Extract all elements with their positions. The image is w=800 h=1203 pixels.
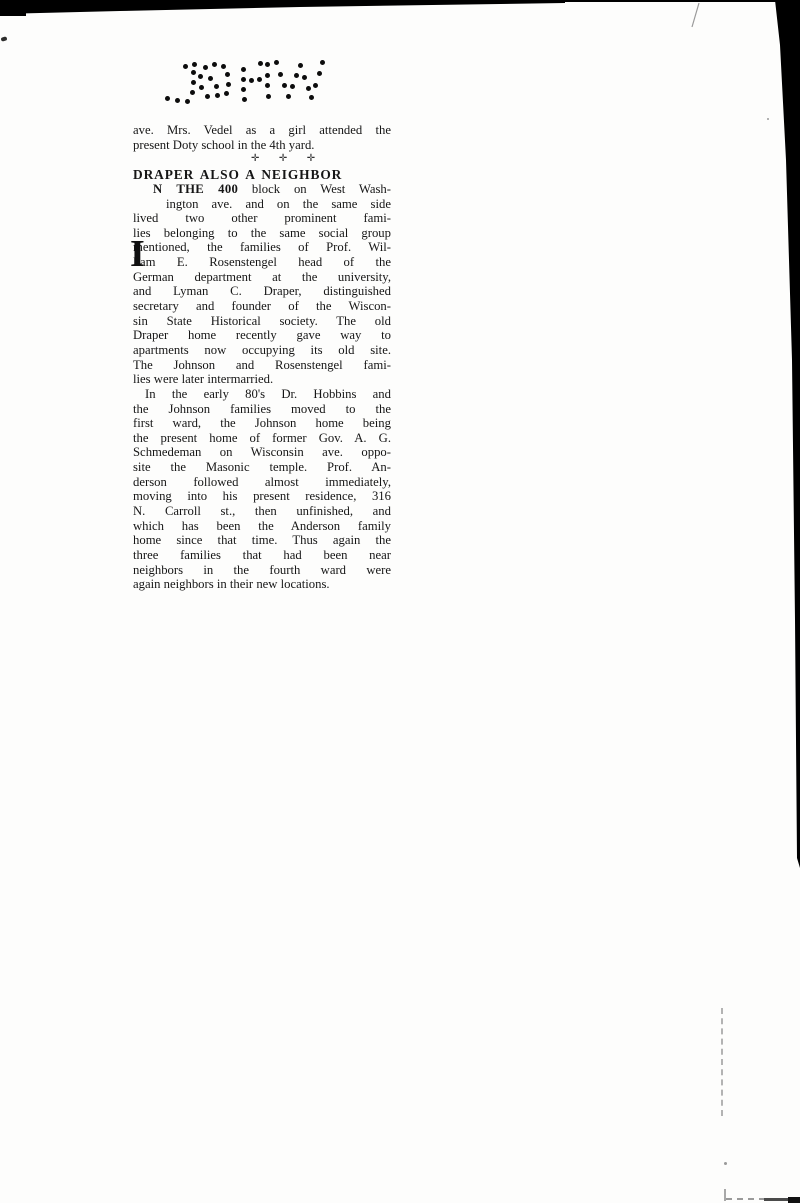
text-line: secretary and founder of the Wiscon- xyxy=(133,299,391,314)
lead-caps-text: N THE 400 xyxy=(153,182,238,196)
text-line-rest: block on West Wash- xyxy=(238,182,391,196)
stamp-dot xyxy=(242,97,247,102)
stamp-dot xyxy=(241,87,246,92)
text-line: German department at the university, xyxy=(133,270,391,285)
stamp-dot xyxy=(265,73,270,78)
stamp-dot xyxy=(241,67,246,72)
text-line: home since that time. Thus again the xyxy=(133,533,391,548)
section-separator-crosses: ✛ ✛ ✛ xyxy=(133,152,391,167)
faint-vertical-dash-line xyxy=(721,1008,723,1116)
scanned-page: { "colors": { "ink": "#161616", "paper":… xyxy=(0,0,800,1203)
stamp-dot xyxy=(198,74,203,79)
stamp-dot xyxy=(274,60,279,65)
stamp-dot xyxy=(294,73,299,78)
text-line: again neighbors in their new locations. xyxy=(133,577,391,592)
text-line: lies belonging to the same social group xyxy=(133,226,391,241)
stamp-dot xyxy=(249,78,254,83)
stamp-dot xyxy=(165,96,170,101)
paragraph-2: In the early 80's Dr. Hobbins andthe Joh… xyxy=(133,387,391,592)
text-line: apartments now occupying its old site. xyxy=(133,343,391,358)
text-line: the Johnson families moved to the xyxy=(133,402,391,417)
stamp-dot xyxy=(290,84,295,89)
stamp-dot xyxy=(226,82,231,87)
text-line: Draper home recently gave way to xyxy=(133,328,391,343)
text-line: N THE 400 block on West Wash- xyxy=(133,182,391,197)
text-line: moving into his present residence, 316 xyxy=(133,489,391,504)
stamp-dot xyxy=(214,84,219,89)
stamp-dot xyxy=(320,60,325,65)
stamp-dot xyxy=(265,62,270,67)
newspaper-article-column: ave. Mrs. Vedel as a girl attended thepr… xyxy=(133,123,391,592)
text-line: mentioned, the families of Prof. Wil- xyxy=(133,240,391,255)
text-line: Schmedeman on Wisconsin ave. oppo- xyxy=(133,445,391,460)
stamp-dot xyxy=(286,94,291,99)
stamp-dot xyxy=(224,91,229,96)
stamp-dot xyxy=(225,72,230,77)
text-line: ave. Mrs. Vedel as a girl attended the xyxy=(133,123,391,138)
bottom-edge-dashes xyxy=(726,1198,768,1200)
stamp-dot xyxy=(266,94,271,99)
stamp-dot xyxy=(241,77,246,82)
stamp-dot xyxy=(183,64,188,69)
text-line: site the Masonic temple. Prof. An- xyxy=(133,460,391,475)
text-line: lived two other prominent fami- xyxy=(133,211,391,226)
ink-speck xyxy=(767,118,769,120)
scan-edge-artifacts xyxy=(0,0,800,1203)
stamp-dot xyxy=(258,61,263,66)
stamp-dot xyxy=(278,72,283,77)
text-line: derson followed almost immediately, xyxy=(133,475,391,490)
ink-speck xyxy=(724,1162,727,1165)
stamp-dot xyxy=(192,62,197,67)
stamp-dot xyxy=(212,62,217,67)
stamp-dot xyxy=(208,76,213,81)
text-line: In the early 80's Dr. Hobbins and xyxy=(133,387,391,402)
paragraph-1: I N THE 400 block on West Wash- ington a… xyxy=(133,182,391,387)
stamp-dot xyxy=(199,85,204,90)
stamp-dot xyxy=(257,77,262,82)
text-line: N. Carroll st., then unfinished, and xyxy=(133,504,391,519)
stamp-dot xyxy=(313,83,318,88)
stamp-dot xyxy=(317,71,322,76)
stamp-dot xyxy=(309,95,314,100)
stamp-dot xyxy=(190,90,195,95)
stamp-dot xyxy=(221,64,226,69)
stamp-dot xyxy=(191,70,196,75)
text-line: and Lyman C. Draper, distinguished xyxy=(133,284,391,299)
text-line: liam E. Rosenstengel head of the xyxy=(133,255,391,270)
text-line: sin State Historical society. The old xyxy=(133,314,391,329)
stamp-dot xyxy=(203,65,208,70)
bottom-right-corner-mark xyxy=(788,1197,800,1203)
ink-speck xyxy=(1,36,8,41)
stamp-dot xyxy=(175,98,180,103)
stamp-dot xyxy=(205,94,210,99)
text-line: first ward, the Johnson home being xyxy=(133,416,391,431)
stamp-dot xyxy=(306,86,311,91)
stamp-dot xyxy=(298,63,303,68)
intro-paragraph: ave. Mrs. Vedel as a girl attended thepr… xyxy=(133,123,391,152)
text-line: the present home of former Gov. A. G. xyxy=(133,431,391,446)
text-line: The Johnson and Rosenstengel fami- xyxy=(133,358,391,373)
drop-cap: I xyxy=(130,240,150,269)
stamp-dot xyxy=(215,93,220,98)
stamp-dot xyxy=(185,99,190,104)
text-line: which has been the Anderson family xyxy=(133,519,391,534)
stamp-dot xyxy=(282,83,287,88)
text-line: lies were later intermarried. xyxy=(133,372,391,387)
article-heading: DRAPER ALSO A NEIGHBOR xyxy=(133,167,391,182)
text-line: three families that had been near xyxy=(133,548,391,563)
stamp-dot xyxy=(191,80,196,85)
stamp-dot xyxy=(302,75,307,80)
text-line: neighbors in the fourth ward were xyxy=(133,563,391,578)
stamp-dot xyxy=(265,83,270,88)
text-line: ington ave. and on the same side xyxy=(133,197,391,212)
text-line: present Doty school in the 4th yard. xyxy=(133,138,391,153)
perforated-dot-stamp xyxy=(0,0,800,1203)
